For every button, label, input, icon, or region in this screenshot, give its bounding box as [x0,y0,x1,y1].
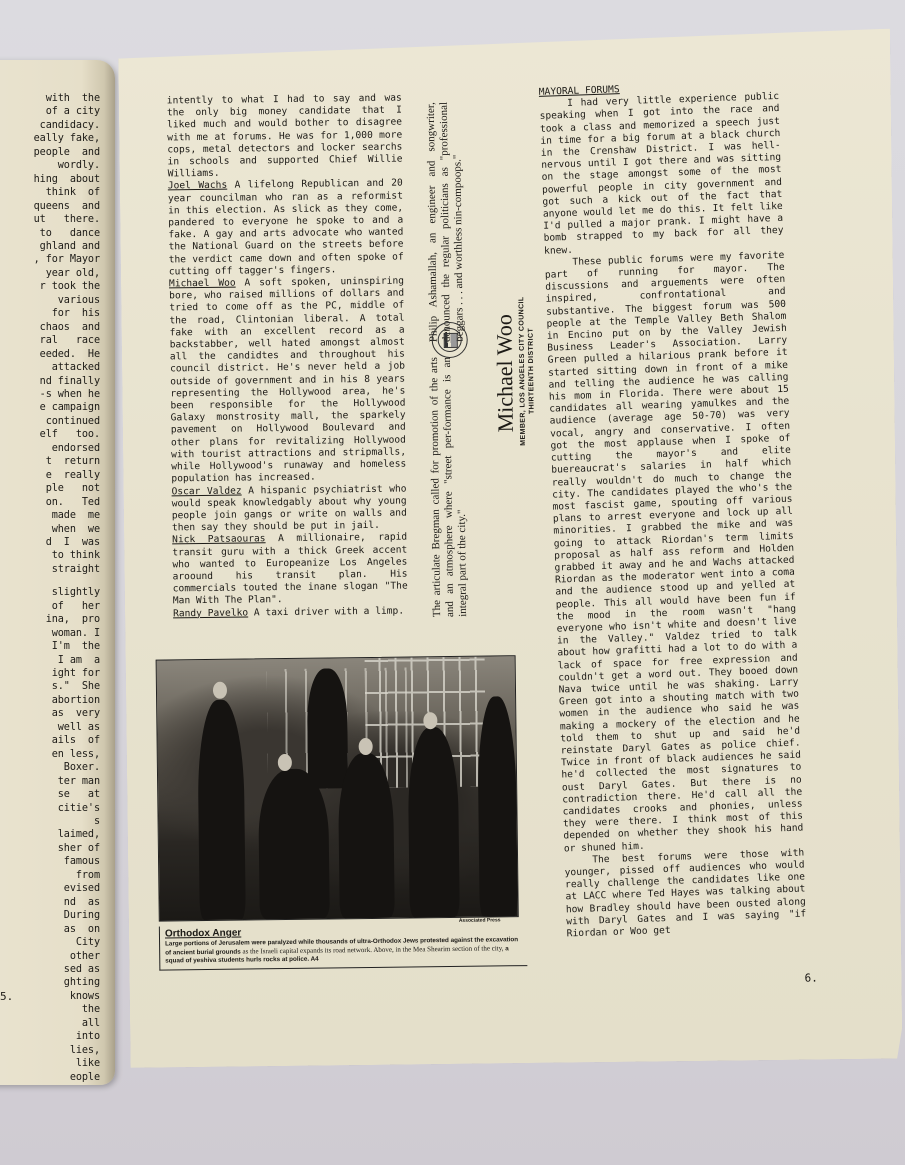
photo-figure [307,668,348,788]
photo-face [278,754,292,771]
paragraph: I had very little experience public spea… [539,91,784,258]
text-line: ghland and [0,240,100,253]
text-line: as on [0,923,100,936]
text-line: from [0,869,100,882]
text-line: made me [0,509,100,522]
candidates-column: intently to what I had to say and was th… [167,93,408,621]
text-line: other [0,950,100,963]
text-line: for his [0,307,100,320]
text-line: candidacy. [0,119,100,132]
text-line: City [0,936,100,949]
text-line: attacked [0,361,100,374]
text-line: famous [0,855,100,868]
candidate-entries: Joel Wachs A lifelong Republican and 20 … [168,178,408,620]
text-line: en less, [0,748,100,761]
text-line: like [0,1057,100,1070]
text-line: nd finally [0,375,100,388]
candidate-name: Randy Pavelko [173,607,248,619]
text-line: abortion [0,694,100,707]
text-line: -s when he [0,388,100,401]
page-number: 6. [804,972,817,985]
text-line: as very [0,707,100,720]
text-line: when we [0,523,100,536]
text-line: ter man [0,775,100,788]
text-line: t return [0,455,100,468]
photo-figure [258,768,330,919]
text-line: s [0,815,100,828]
text-line: queens and [0,200,100,213]
text-line: During [0,909,100,922]
text-line: sher of [0,842,100,855]
candidate-entry: Joel Wachs A lifelong Republican and 20 … [168,178,404,278]
bregman-quote: The articulate Bregman called for promot… [428,357,470,617]
text-line: slightly [0,586,100,599]
text-line: sed as [0,963,100,976]
text-line: evised [0,882,100,895]
text-line: laimed, [0,828,100,841]
text-line: of her [0,600,100,613]
candidate-entry: Michael Woo A soft spoken, uninspiring b… [169,276,407,486]
text-line: the [0,1003,100,1016]
mayoral-forums-column: MAYORAL FORUMS I had very little experie… [539,79,807,941]
text-line: I'm the [0,640,100,653]
paragraph: The best forums were those with younger,… [564,847,807,940]
candidate-name: Nick Patsaouras [172,534,266,546]
text-line: ghting [0,976,100,989]
left-page: with theof a citycandidacy.eally fake,pe… [0,60,115,1085]
text-line: into [0,1030,100,1043]
left-page-number: 5. [0,990,13,1003]
text-line: to think [0,549,100,562]
text-line: all [0,1017,100,1030]
woo-title-line-2: THIRTEENTH DISTRICT [526,261,538,481]
woo-letterhead-name: Michael Woo [491,273,519,473]
text-line: year old, [0,267,100,280]
text-line: people and [0,146,100,159]
text-line: s." She [0,680,100,693]
text-line: se at [0,788,100,801]
text-line: nd as [0,896,100,909]
text-line: knows [0,990,100,1003]
text-line: woman. I [0,627,100,640]
text-line: elf too. [0,428,100,441]
right-page: intently to what I had to say and was th… [118,29,903,1068]
text-line: ight for [0,667,100,680]
candidate-name: Oscar Valdez [171,485,241,497]
candidate-entry: Oscar Valdez A hispanic psychiatrist who… [171,483,407,535]
text-line: eople [0,1071,100,1084]
text-line: straight [0,563,100,576]
text-line: ral race [0,334,100,347]
text-line: ple not [0,482,100,495]
text-line: with the [0,92,100,105]
text-line: eeded. He [0,348,100,361]
caption-text-regular: as the Israeli capital expands its road … [241,945,504,956]
text-line: Boxer. [0,761,100,774]
left-page-text: with theof a citycandidacy.eally fake,pe… [0,92,100,1085]
candidate-entry: Nick Patsaouras A millionaire, rapid tra… [172,532,408,608]
text-line: I am a [0,654,100,667]
caption-body: Large portions of Jerusalem were paralyz… [165,936,523,966]
intro-paragraph: intently to what I had to say and was th… [167,93,403,181]
text-line: lies, [0,1044,100,1057]
photo-figure [477,696,518,916]
newspaper-clippings: Philip Ashamallah, an engineer and songw… [406,71,548,633]
photo-face [423,712,437,729]
woo-letterhead-title: MEMBER, LOS ANGELES CITY COUNCIL THIRTEE… [517,261,538,481]
text-line: various [0,294,100,307]
paragraph: These public forums were my favorite par… [544,250,804,856]
photo-figure [338,753,395,919]
text-line: , for Mayor [0,253,100,266]
text-line: chaos and [0,321,100,334]
text-line: to dance [0,227,100,240]
photo-figure [197,700,246,921]
photo-face [213,682,227,699]
candidate-description: A soft spoken, uninspiring bore, who rai… [169,276,406,485]
text-line: endorsed [0,442,100,455]
candidate-entry: Randy Pavelko A taxi driver with a limp. [173,605,408,620]
news-photo [156,655,519,921]
photo-figure [407,727,459,918]
text-line: on. Ted [0,496,100,509]
city-seal-icon [431,322,467,358]
text-line: r took the [0,280,100,293]
text-line: of a city [0,105,100,118]
text-line: ina, pro [0,613,100,626]
candidate-name: Michael Woo [169,278,236,290]
text-line: ut there. [0,213,100,226]
text-line: d I was [0,536,100,549]
text-line: e campaign [0,401,100,414]
photo-caption: Orthodox Anger Large portions of Jerusal… [159,922,528,970]
text-line: eally fake, [0,132,100,145]
candidate-description: A taxi driver with a limp. [248,605,404,618]
ashamallah-quote: Philip Ashamallah, an engineer and songw… [425,102,467,342]
text-line: think of [0,186,100,199]
text-line: wordly. [0,159,100,172]
text-line: citie's [0,802,100,815]
photo-face [359,738,373,755]
text-line [0,1084,100,1085]
text-line: e really [0,469,100,482]
candidate-name: Joel Wachs [168,180,228,192]
text-line: well as [0,721,100,734]
text-line: ails of [0,734,100,747]
candidate-description: A lifelong Republican and 20 year counci… [168,178,404,277]
text-line: continued [0,415,100,428]
text-line: hing about [0,173,100,186]
paragraph-gap [0,576,100,586]
